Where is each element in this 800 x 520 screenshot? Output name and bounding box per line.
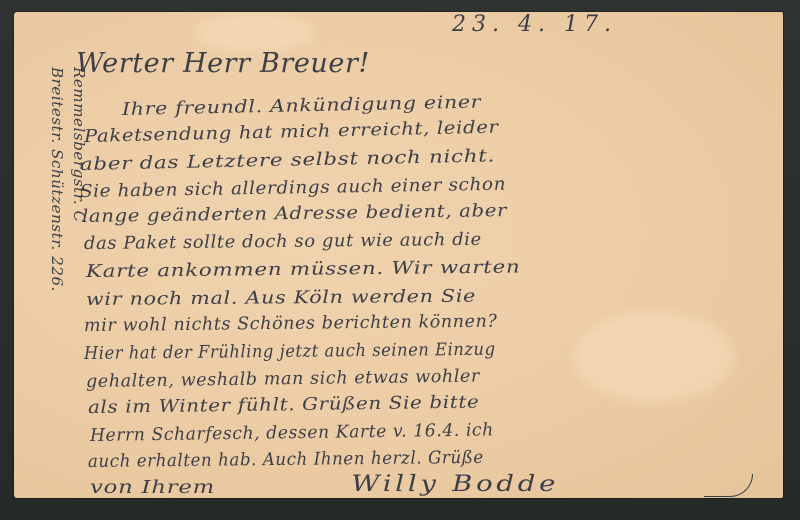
signature-flourish [704,474,753,497]
closing-line: von Ihrem [90,478,215,498]
date: 23. 4. 17. [452,12,617,37]
side-note: Remmelsbergstr. C Breitestr. Schützenstr… [30,67,90,407]
side-note-line-2: Breitestr. Schützenstr. 226. [46,67,68,407]
body-line-1: Ihre freundl. Ankündigung einer [122,92,482,120]
body-line-2: Paketsendung hat mich erreicht, leider [84,118,499,147]
paper-stain [574,312,734,402]
body-line-3: aber das Letztere selbst noch nicht. [80,146,495,175]
body-line-14: auch erhalten hab. Auch Ihnen herzl. Grü… [88,448,484,472]
signature: Willy Bodde [351,472,559,497]
body-line-8: wir noch mal. Aus Köln werden Sie [86,287,476,310]
body-line-10: Hier hat der Frühling jetzt auch seinen … [84,340,496,364]
body-line-9: mir wohl nichts Schönes berichten können… [84,312,498,336]
body-line-12: als im Winter fühlt. Grüßen Sie bitte [88,393,480,418]
body-line-13: Herrn Scharfesch, dessen Karte v. 16.4. … [90,420,494,446]
body-line-11: gehalten, weshalb man sich etwas wohler [86,367,480,392]
body-line-7: Karte ankommen müssen. Wir warten [86,257,521,282]
body-line-5: lange geänderten Adresse bedient, aber [82,201,507,227]
side-note-line-1: Remmelsbergstr. C [68,67,90,407]
body-line-6: das Paket sollte doch so gut wie auch di… [84,230,482,254]
postcard: 23. 4. 17. Werter Herr Breuer! Ihre freu… [14,12,783,498]
paper-stain [194,12,314,52]
body-line-4: Sie haben sich allerdings auch einer sch… [80,175,506,202]
salutation: Werter Herr Breuer! [76,48,370,79]
